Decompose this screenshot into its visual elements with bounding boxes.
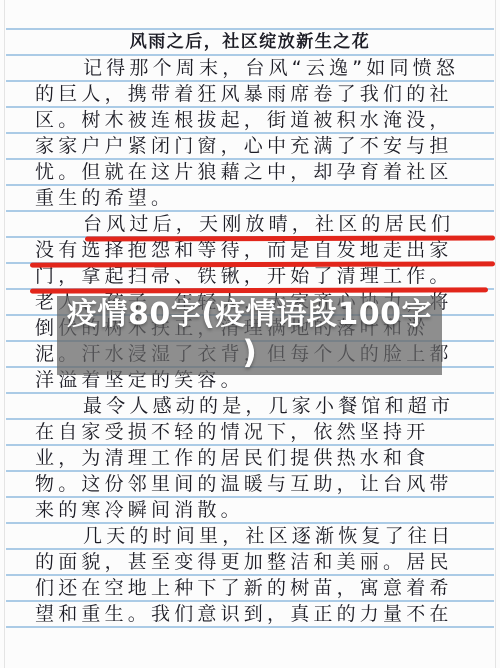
essay-line: 记得那个周末，台风“云逸”如同愤怒 (6, 56, 494, 82)
essay-title: 风雨之后，社区绽放新生之花 (6, 30, 494, 56)
watermark-text-line1: 疫情80字(疫情语段100字 (67, 297, 432, 332)
essay-line: 来的寒冷瞬间消散。 (6, 498, 494, 524)
page-edge-right (495, 0, 496, 668)
watermark-text-line2: ) (242, 332, 257, 372)
essay-line: 望和重生。我们意识到，真正的力量不在 (6, 602, 494, 628)
essay-line: 业，为清理工作的居民们提供热水和食 (6, 446, 494, 472)
essay-line-text: 台风过后，天刚放晴，社区的居民们 (83, 213, 454, 235)
essay-line-text: 没有选择抱怨和等待，而是自发地走出家 (35, 239, 453, 261)
essay-line: 的巨人，携带着狂风暴雨席卷了我们的社 (6, 82, 494, 108)
essay-line: 最令人感动的是，几家小餐馆和超市 (6, 394, 494, 420)
essay-line: 的面貌，甚至变得更加整洁和美丽。居民 (6, 550, 494, 576)
page-edge-left (4, 0, 5, 668)
essay-line: 重生的希望。 (6, 186, 494, 212)
watermark-overlay: 疫情80字(疫情语段100字 ) (57, 296, 442, 375)
essay-line: 物。这份邻里间的温暖与互助，让台风带 (6, 472, 494, 498)
essay-line: 们还在空地上种下了新的树苗，寓意着希 (6, 576, 494, 602)
essay-line: 忧。但就在这片狼藉之中，却孕育着社区 (6, 160, 494, 186)
essay-line: 几天的时间里，社区逐渐恢复了往日 (6, 524, 494, 550)
notebook-photo: 风雨之后，社区绽放新生之花 记得那个周末，台风“云逸”如同愤怒 的巨人，携带着狂… (0, 0, 500, 668)
essay-line: 台风过后，天刚放晴，社区的居民们 (6, 212, 494, 238)
essay-line-text: 门，拿起扫帚、铁锹，开始了清理工作。 (35, 265, 453, 287)
essay-line: 家家户户紧闭门窗，心中充满了不安与担 (6, 134, 494, 160)
essay-line: 门，拿起扫帚、铁锹，开始了清理工作。 (6, 264, 494, 290)
essay-line: 区。树木被连根拔起，街道被积水淹没， (6, 108, 494, 134)
essay-line: 在自家受损不轻的情况下，依然坚持开 (6, 420, 494, 446)
essay-line: 没有选择抱怨和等待，而是自发地走出家 (6, 238, 494, 264)
